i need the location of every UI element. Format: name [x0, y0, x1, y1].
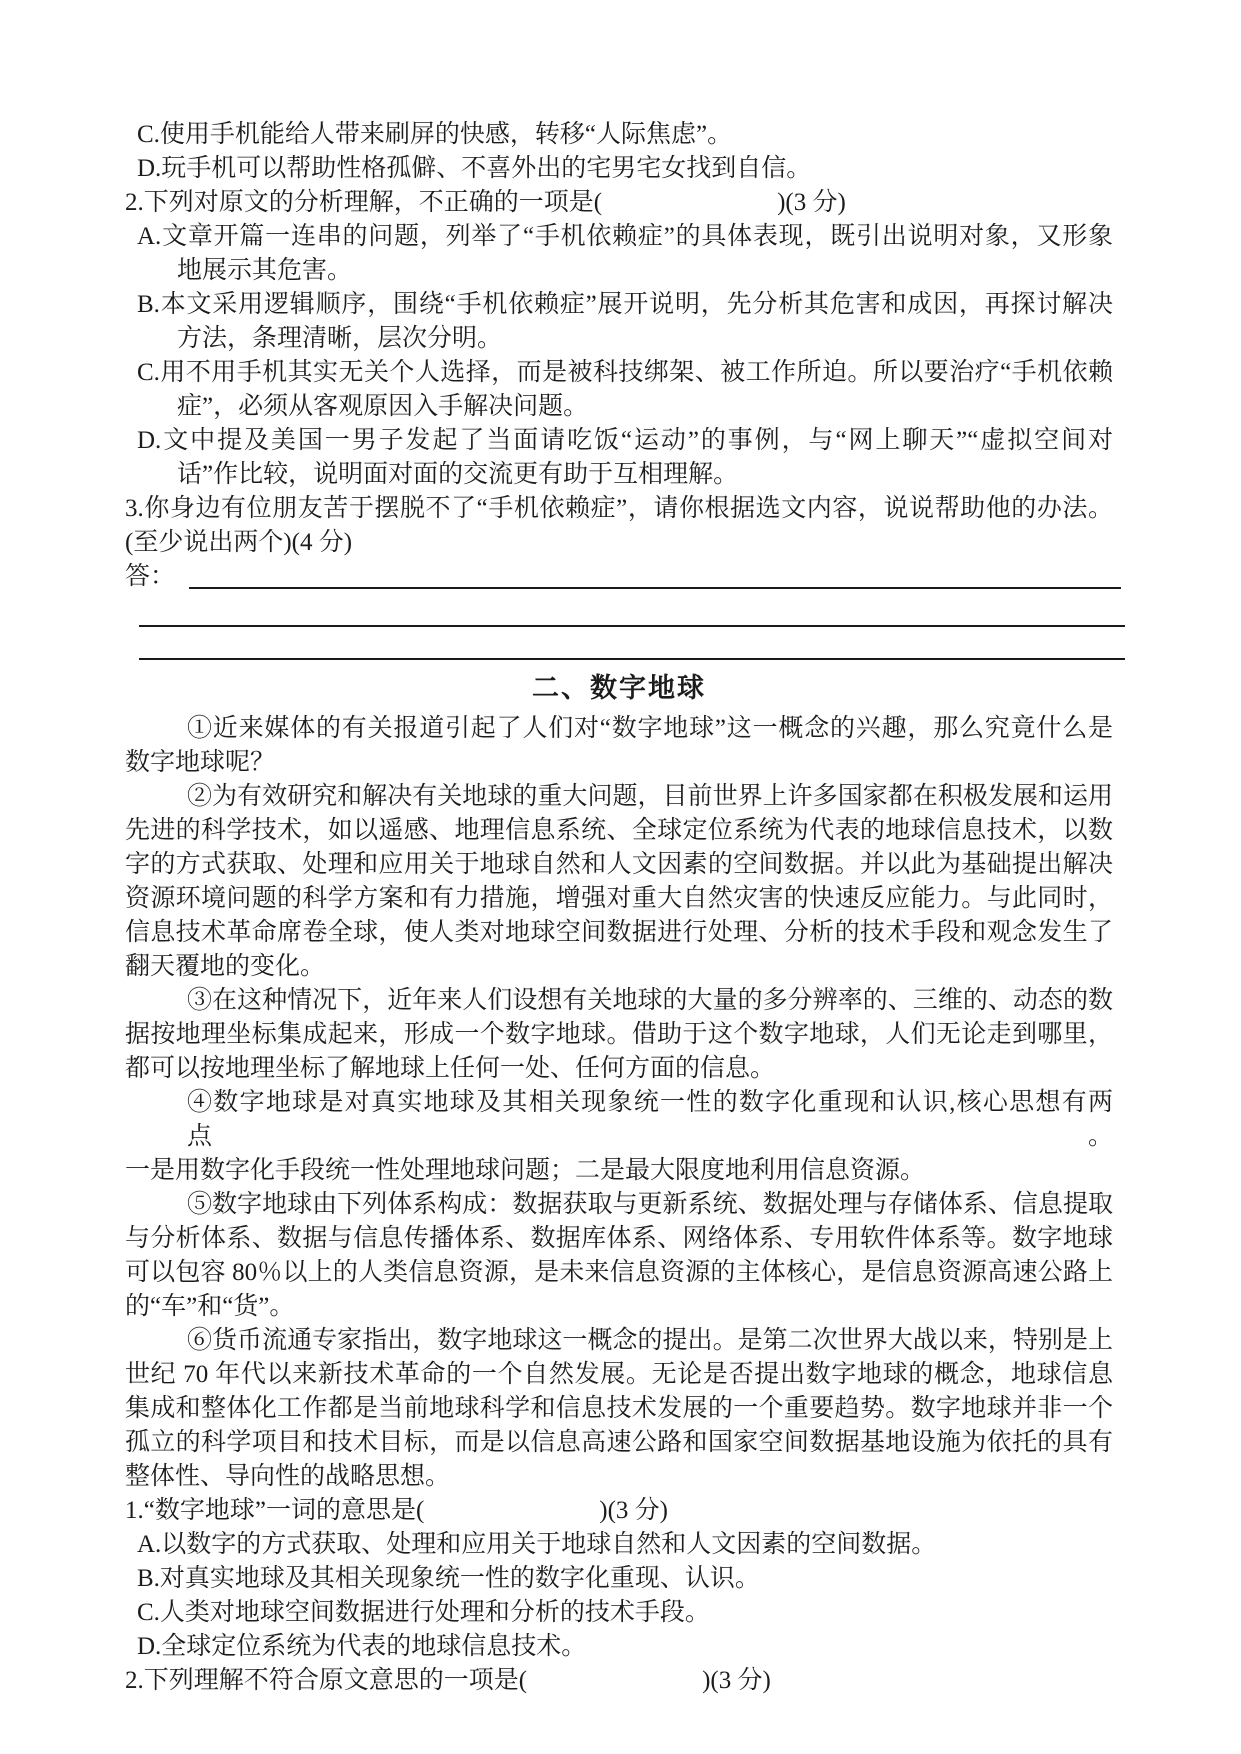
option-line: D.文中提及美国一男子发起了当面请吃饭“运动”的事例，与“网上聊天”“虚拟空间对 — [137, 424, 1113, 458]
question-stem-line: (至少说出两个)(4 分) — [125, 526, 1113, 560]
paragraph-line: 的“车”和“货”。 — [125, 1290, 1113, 1324]
section-digital-earth: 二、数字地球 ①近来媒体的有关报道引起了人们对“数字地球”这一概念的兴趣，那么究… — [125, 670, 1113, 1698]
section-mobile-dependence-questions: C.使用手机能给人带来刷屏的快感，转移“人际焦虑”。D.玩手机可以帮助性格孤僻、… — [125, 118, 1113, 660]
paragraph-first-line: ①近来媒体的有关报道引起了人们对“数字地球”这一概念的兴趣，那么究竟什么是 — [187, 712, 1113, 746]
option-continuation-line: 方法，条理清晰，层次分明。 — [177, 322, 1113, 356]
paragraph-line: 与分析体系、数据与信息传播体系、数据库体系、网络体系、专用软件体系等。数字地球 — [125, 1222, 1113, 1256]
paragraph-line: 都可以按地理坐标了解地球上任何一处、任何方面的信息。 — [125, 1052, 1113, 1086]
paragraph-line: 信息技术革命席卷全球，使人类对地球空间数据进行处理、分析的技术手段和观念发生了 — [125, 916, 1113, 950]
answer-blank-line-1 — [189, 587, 1121, 589]
option-continuation-line: 症”，必须从客观原因入手解决问题。 — [177, 390, 1113, 424]
paragraph-line: 一是用数字化手段统一性处理地球问题；二是最大限度地利用信息资源。 — [125, 1154, 1113, 1188]
question-stem-line: 2.下列对原文的分析理解，不正确的一项是( )(3 分) — [125, 186, 1113, 220]
option-line: C.用不用手机其实无关个人选择，而是被科技绑架、被工作所迫。所以要治疗“手机依赖 — [137, 356, 1113, 390]
paragraph-line: 数字地球呢？ — [125, 746, 1113, 780]
option-line: B.本文采用逻辑顺序，围绕“手机依赖症”展开说明，先分析其危害和成因，再探讨解决 — [137, 288, 1113, 322]
paragraph-line: 集成和整体化工作都是当前地球科学和信息技术发展的一个重要趋势。数字地球并非一个 — [125, 1392, 1113, 1426]
option-line: C.使用手机能给人带来刷屏的快感，转移“人际焦虑”。 — [137, 118, 1113, 152]
option-line: B.对真实地球及其相关现象统一性的数字化重现、认识。 — [137, 1562, 1113, 1596]
exam-page: C.使用手机能给人带来刷屏的快感，转移“人际焦虑”。D.玩手机可以帮助性格孤僻、… — [0, 0, 1241, 1754]
paragraph-first-line: ⑥货币流通专家指出，数字地球这一概念的提出。是第二次世界大战以来，特别是上 — [187, 1324, 1113, 1358]
question-stem-line: 2.下列理解不符合原文意思的一项是( )(3 分) — [125, 1664, 1113, 1698]
paragraph-line: 整体性、导向性的战略思想。 — [125, 1460, 1113, 1494]
option-continuation-line: 话”作比较，说明面对面的交流更有助于互相理解。 — [177, 458, 1113, 492]
question-stem-line: 1.“数字地球”一词的意思是( )(3 分) — [125, 1494, 1113, 1528]
mobile-dependence-text-block: C.使用手机能给人带来刷屏的快感，转移“人际焦虑”。D.玩手机可以帮助性格孤僻、… — [125, 118, 1113, 560]
option-line: A.文章开篇一连串的问题，列举了“手机依赖症”的具体表现，既引出说明对象，又形象 — [137, 220, 1113, 254]
question-stem-line: 3.你身边有位朋友苦于摆脱不了“手机依赖症”，请你根据选文内容，说说帮助他的办法… — [125, 492, 1113, 526]
option-line: D.全球定位系统为代表的地球信息技术。 — [137, 1630, 1113, 1664]
answer-blank-line-3 — [139, 627, 1125, 660]
option-line: C.人类对地球空间数据进行处理和分析的技术手段。 — [137, 1596, 1113, 1630]
digital-earth-text-block: ①近来媒体的有关报道引起了人们对“数字地球”这一概念的兴趣，那么究竟什么是数字地… — [125, 712, 1113, 1698]
paragraph-first-line: ⑤数字地球由下列体系构成：数据获取与更新系统、数据处理与存储体系、信息提取 — [187, 1188, 1113, 1222]
answer-row: 答： — [125, 560, 1113, 594]
paragraph-line: 孤立的科学项目和技术目标，而是以信息高速公路和国家空间数据基地设施为依托的具有 — [125, 1426, 1113, 1460]
paragraph-line: 字的方式获取、处理和应用关于地球自然和人文因素的空间数据。并以此为基础提出解决 — [125, 848, 1113, 882]
paragraph-line: 据按地理坐标集成起来，形成一个数字地球。借助于这个数字地球，人们无论走到哪里， — [125, 1018, 1113, 1052]
paragraph-first-line: ④数字地球是对真实地球及其相关现象统一性的数字化重现和认识,核心思想有两点。 — [187, 1086, 1113, 1154]
option-line: A.以数字的方式获取、处理和应用关于地球自然和人文因素的空间数据。 — [137, 1528, 1113, 1562]
paragraph-first-line: ②为有效研究和解决有关地球的重大问题，目前世界上许多国家都在积极发展和运用 — [187, 780, 1113, 814]
paragraph-line: 资源环境问题的科学方案和有力措施，增强对重大自然灾害的快速反应能力。与此同时， — [125, 882, 1113, 916]
paragraph-line: 先进的科学技术，如以遥感、地理信息系统、全球定位系统为代表的地球信息技术，以数 — [125, 814, 1113, 848]
option-continuation-line: 地展示其危害。 — [177, 254, 1113, 288]
paragraph-first-line: ③在这种情况下，近年来人们设想有关地球的大量的多分辨率的、三维的、动态的数 — [187, 984, 1113, 1018]
answer-label: 答： — [125, 560, 175, 594]
paragraph-line: 世纪 70 年代以来新技术革命的一个自然发展。无论是否提出数字地球的概念，地球信… — [125, 1358, 1113, 1392]
paragraph-line: 翻天覆地的变化。 — [125, 950, 1113, 984]
option-line: D.玩手机可以帮助性格孤僻、不喜外出的宅男宅女找到自信。 — [137, 152, 1113, 186]
answer-blank-line-2 — [139, 594, 1125, 627]
section-title: 二、数字地球 — [125, 670, 1113, 706]
page-content: C.使用手机能给人带来刷屏的快感，转移“人际焦虑”。D.玩手机可以帮助性格孤僻、… — [0, 0, 1241, 1698]
paragraph-line: 可以包容 80％以上的人类信息资源，是未来信息资源的主体核心，是信息资源高速公路… — [125, 1256, 1113, 1290]
